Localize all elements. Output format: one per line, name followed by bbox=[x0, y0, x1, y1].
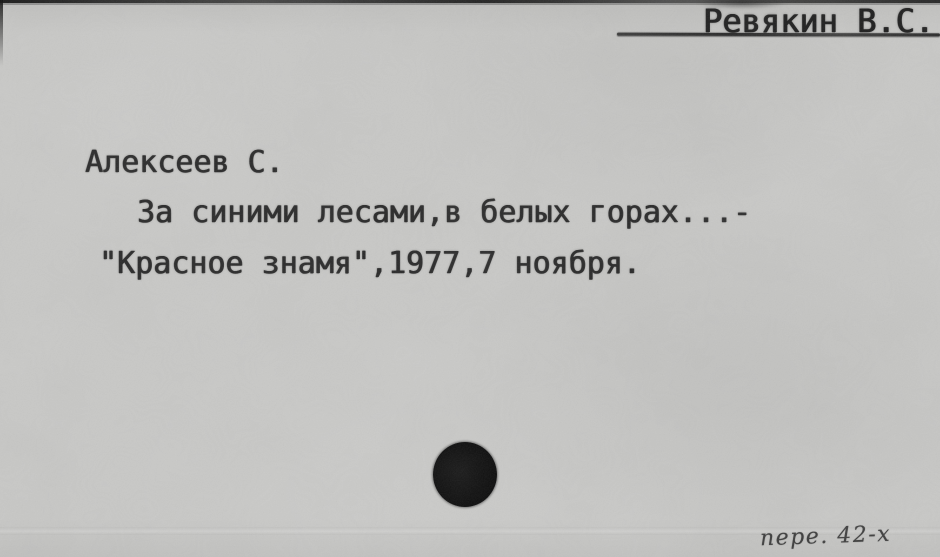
source-line: "Красное знамя",1977,7 ноября. bbox=[99, 249, 641, 279]
handwritten-note: пере. 42-х bbox=[760, 522, 892, 552]
scan-edge-left bbox=[0, 0, 3, 66]
author-line: Алексеев С. bbox=[85, 148, 284, 178]
hole-punch bbox=[433, 442, 497, 507]
catalog-card: Ревякин В.С. Алексеев С. За синими лесам… bbox=[0, 0, 940, 557]
title-line: За синими лесами,в белых горах...- bbox=[137, 198, 751, 228]
heading-underline bbox=[617, 33, 940, 37]
